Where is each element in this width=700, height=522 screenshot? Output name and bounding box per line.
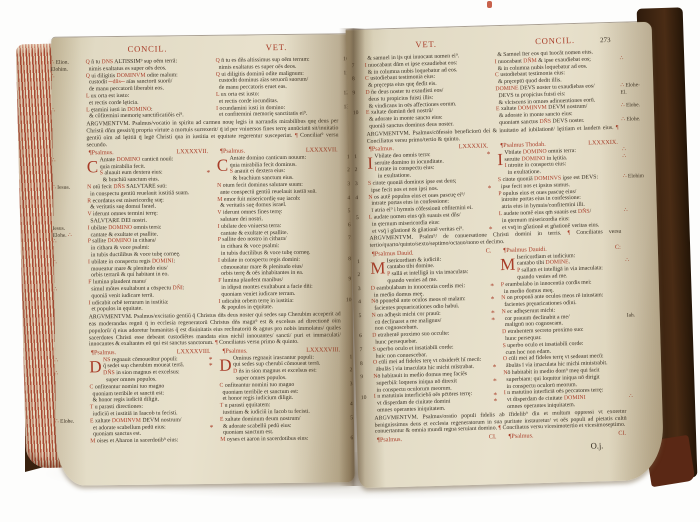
rubricated-text: I <box>218 298 220 304</box>
rubricated-text: L <box>369 215 372 221</box>
running-title-left: CONCIL. <box>85 45 209 58</box>
rubricated-text: N <box>501 295 505 301</box>
running-title-right: VET. <box>215 43 337 55</box>
rubricated-text: C <box>219 383 223 389</box>
verse-number: 6 <box>340 222 351 229</box>
rubricated-text: D <box>365 90 369 96</box>
verse-number: 7 <box>360 347 371 354</box>
rubricated-text: ¶ <box>215 340 218 346</box>
drop-cap: D <box>219 356 233 377</box>
rubricated-text: C <box>495 72 499 78</box>
rubricated-text: I <box>374 394 376 400</box>
text-column: IVbilate DOMINO omnis terra: seruite DOM… <box>497 147 621 232</box>
red-speck-mark <box>487 1 492 8</box>
rubricated-text: DÑS <box>103 370 115 376</box>
text-column: IVbilate deo omnis terra: seruite domino… <box>367 150 493 235</box>
margin-note: ∴ <box>51 73 87 80</box>
margin-note: ∴ <box>629 393 665 400</box>
rubricated-text: DÑS <box>539 119 551 125</box>
margin-note: ∴ <box>52 157 88 164</box>
margin-note: ∴ <box>53 286 89 293</box>
verse-number: 3 <box>341 381 352 388</box>
rubricated-text: DOMINVM <box>112 418 141 424</box>
left-page: CONCIL. VET. Q ñ tu DÑS ALTISSIM⁹ sup oē… <box>51 34 354 486</box>
verse-number: 3 <box>339 181 350 188</box>
variant-asterisk: * <box>209 362 213 370</box>
verse-number: 4 <box>358 299 369 306</box>
verse-block: IVbilate deo omnis terra: seruite domino… <box>367 147 621 236</box>
rubricated-text: C <box>365 76 369 82</box>
rubricated-text: N <box>371 299 375 305</box>
rubricated-text: F <box>88 280 91 286</box>
rubricated-text: N <box>368 194 372 200</box>
rubricated-text: DÑI <box>173 285 183 291</box>
rubricated-text: N <box>217 183 221 189</box>
drop-cap: I <box>367 154 375 175</box>
verse-number: 3 <box>355 181 366 188</box>
text-column: Q ñ tu es dñs altissimus sup oēm terram:… <box>216 56 339 119</box>
rubricated-text: DOMINVS <box>534 175 561 182</box>
rubricated-text: ∴ <box>623 174 627 180</box>
variant-asterisk: * <box>206 169 210 177</box>
rubricated-text: D <box>372 333 376 339</box>
rubricated-text: M <box>217 196 222 202</box>
margin-note: ∴ <box>622 152 658 159</box>
rubricated-text: I <box>505 163 507 169</box>
open-book: CONCIL. VET. Q ñ tu DÑS ALTISSIM⁹ sup oē… <box>0 0 700 522</box>
rubricated-text: E <box>220 417 224 423</box>
margin-note: ∴ <box>624 207 660 214</box>
rubricated-text: DOMINO <box>521 155 545 162</box>
verse-number: 2 <box>355 167 366 174</box>
argument-paragraph: ARGVMENTVM. Psalmus/excitatio gentiū q̄ … <box>89 312 341 349</box>
rubricated-text: D <box>502 329 506 335</box>
rubricated-text: F <box>218 278 221 284</box>
rubricated-text: O <box>373 360 377 366</box>
margin-note: ∴ Elohim <box>623 173 659 180</box>
rubricated-text: ∴ <box>51 107 55 113</box>
rubricated-text: S <box>502 343 505 349</box>
rubricated-text: L <box>86 93 89 99</box>
rubricated-text: P <box>517 268 520 274</box>
rubricated-text: ∴ <box>624 208 628 214</box>
rubricated-text: ∴ <box>54 357 58 363</box>
rubricated-text: ∴ <box>622 146 626 152</box>
verse-block: MIsericordiam & iudiciū: cantabo tibi do… <box>370 251 626 414</box>
variant-asterisk: * <box>487 150 491 158</box>
text-column: Q ñ tu DÑS ALTISSIM⁹ sup oēm terrā: nimi… <box>86 58 211 121</box>
rubricated-text: I <box>216 105 218 111</box>
rubricated-text: D <box>233 369 237 375</box>
margin-note: ∴ <box>619 55 655 62</box>
verse-number: 8 <box>340 256 351 263</box>
rubricated-text: R <box>87 198 91 204</box>
rubricated-text: DOMINVM <box>116 72 145 78</box>
rubricated-text: ¶ <box>498 426 501 432</box>
verse-number: 1 <box>357 258 368 265</box>
verse-number: 2 <box>339 168 350 175</box>
margin-note: Iesus. <box>53 225 89 232</box>
signature-mark: O.j. <box>375 441 627 455</box>
verse-number: 4 <box>355 195 366 202</box>
rubricated-text: Q <box>216 58 220 64</box>
rubricated-text: DOMINE <box>495 86 518 93</box>
verse-number: 1 <box>339 154 350 161</box>
rubricated-text: Q <box>216 71 220 77</box>
verse-number: 7 <box>340 236 351 243</box>
drop-cap: C <box>87 158 100 179</box>
margin-note: ∴ <box>625 257 661 264</box>
margin-note: ∴ Elion. <box>51 59 87 66</box>
rubricated-text: ∴ <box>51 60 55 66</box>
verse-number: 4 <box>342 401 353 408</box>
margin-note: Elohim. <box>51 66 87 73</box>
margin-note: ∴ <box>51 107 87 114</box>
drop-cap: M <box>500 255 517 276</box>
rubricated-text: S <box>498 177 501 183</box>
margin-note: ∴ Elohe. <box>621 116 657 123</box>
psalm-number: CI. <box>489 434 497 442</box>
verse-number: 2 <box>357 272 368 279</box>
argument-paragraph: ARGVMENTVM. Psalmus/vocatio in spiritu a… <box>86 119 338 149</box>
text-column: DOminus regnauit irascantur populi: qui … <box>219 354 342 444</box>
rubricated-text: ∴ <box>54 371 58 377</box>
rubricated-text: ∴ <box>629 394 633 400</box>
verse-block: Q ñ tu DÑS ALTISSIM⁹ sup oēm terrā: nimi… <box>86 56 339 120</box>
rubricated-text: DOMINI <box>564 395 586 402</box>
verse-number: 6 <box>359 333 370 340</box>
variant-asterisk: * <box>491 316 495 324</box>
rubricated-text: V <box>87 212 91 218</box>
rubricated-text: ∴ <box>625 258 629 264</box>
rubricated-text: M <box>220 437 225 443</box>
verse-number: 2 <box>341 367 352 374</box>
right-page: VET. CONCIL. 273 & samuel in ijs qui inu… <box>346 22 665 488</box>
verse-number: 9 <box>360 374 371 381</box>
rubricated-text: N <box>502 309 506 315</box>
drop-cap: C <box>217 156 230 177</box>
variant-asterisk: * <box>491 296 495 304</box>
rubricated-text: ¶ <box>295 133 298 139</box>
rubricated-text: ∴ <box>622 153 626 159</box>
rubricated-text: ∴ <box>52 158 56 164</box>
rubricated-text: ∴ <box>52 185 56 191</box>
rubricated-text: ∴ <box>51 73 55 79</box>
rubricated-text: DOMINO <box>107 238 131 244</box>
rubricated-text: DÑM <box>523 58 537 64</box>
rubricated-text: ÑS <box>103 357 110 363</box>
rubricated-text: ¶ <box>567 231 570 237</box>
rubricated-text: L <box>499 211 502 217</box>
verse-number: 5 <box>342 415 353 422</box>
margin-note: El. <box>620 89 656 96</box>
rubricated-text: DÑS <box>113 184 125 190</box>
rubricated-text: ∴ <box>619 55 623 61</box>
verse-number: 4 <box>339 195 350 202</box>
rubricated-text: I <box>495 59 497 65</box>
verse-number: 9 <box>352 90 363 97</box>
rubricated-text: DOMINE <box>545 260 568 267</box>
rubricated-text: M <box>90 439 95 445</box>
drop-cap: D <box>89 357 103 378</box>
rubricated-text: S <box>230 169 233 175</box>
running-title-left: VET. <box>364 39 488 53</box>
rubricated-text: ∴ <box>68 232 72 238</box>
rubricated-text: N <box>372 313 376 319</box>
rubricated-text: ∴ <box>53 260 57 266</box>
verse-number: 7 <box>352 63 363 70</box>
rubricated-text: O <box>503 356 507 362</box>
rubricated-text: S <box>373 347 376 353</box>
psalm-number: CI. <box>618 430 626 438</box>
rubricated-text: N <box>373 374 377 380</box>
rubricated-text: P <box>501 282 504 288</box>
verse-number: 5 <box>339 208 350 215</box>
rubricated-text: DÑS <box>578 209 590 215</box>
left-page-text: CONCIL. VET. Q ñ tu DÑS ALTISSIM⁹ sup oē… <box>85 43 342 445</box>
text-column: CAntate domino canticum nouum: quia mira… <box>217 154 341 312</box>
rubricated-text: S <box>368 181 371 187</box>
margin-note: ∴ <box>53 239 89 246</box>
margin-note: ∴ Elohe. <box>55 418 91 425</box>
folio-number: 273 <box>600 37 611 44</box>
rubricated-text: ─dñs─ <box>109 79 125 85</box>
rubricated-text: V <box>217 210 221 216</box>
rubricated-text: DOMINVM <box>518 105 547 112</box>
psalm-number: C. <box>486 247 492 255</box>
rubricated-text: C <box>90 384 94 390</box>
right-page-text: VET. CONCIL. 273 & samuel in ijs qui inu… <box>364 36 627 455</box>
verse-block: & samuel in ijs qui inuocant nomen ei⁹. … <box>364 49 618 131</box>
left-page-text-blocks: Q ñ tu DÑS ALTISSIM⁹ sup oēm terrā: nimi… <box>86 56 343 445</box>
rubricated-text: I <box>504 390 506 396</box>
rubricated-text: E <box>496 106 500 112</box>
rubricated-text: DOMINO <box>523 149 547 156</box>
verse-number: 10 <box>353 110 364 117</box>
rubricated-text: ∴ <box>55 419 59 425</box>
verse-number: 5 <box>359 313 370 320</box>
rubricated-text: P <box>498 191 501 197</box>
rubricated-text: DOMINO <box>116 157 140 163</box>
verse-number: 5 <box>356 215 367 222</box>
rubricated-text: ∴ <box>621 117 625 123</box>
rubricated-text: P <box>218 237 221 243</box>
verse-number: 3 <box>358 286 369 293</box>
psalm-label: ¶Psalmus. <box>508 433 533 441</box>
rubricated-text: E <box>366 110 370 116</box>
verse-number: 8 <box>352 76 363 83</box>
verse-number: 1 <box>354 154 365 161</box>
variant-asterisk: * <box>493 364 497 372</box>
margin-note: ∴ Elohe. <box>621 102 657 109</box>
right-page-text-blocks: & samuel in ijs qui inuocant nomen ei⁹. … <box>364 49 627 455</box>
variant-asterisk: * <box>489 225 493 233</box>
rubricated-text: T <box>220 403 224 409</box>
rubricated-text: D <box>371 285 375 291</box>
margin-note: Elohe. ∴ <box>53 232 89 239</box>
rubricated-text: DOMINI <box>152 258 174 264</box>
text-column: & Samuel īter eos qui īuocāt nomen eius.… <box>494 49 618 127</box>
rubricated-text: S <box>100 171 103 177</box>
variant-asterisk: * <box>490 282 494 290</box>
variant-asterisk: * <box>209 424 213 432</box>
rubricated-text: ∴ <box>53 239 57 245</box>
verse-number: 10 <box>361 394 372 401</box>
rubricated-text: ¶ <box>616 125 619 131</box>
drop-cap: M <box>370 258 387 279</box>
rubricated-text: DOMINO <box>127 106 151 112</box>
margin-note: ∴ <box>54 371 90 378</box>
rubricated-text: I <box>218 258 220 264</box>
rubricated-text: I <box>218 224 220 230</box>
verse-block: CAntate DOMINO canticū nouū: quia mirabi… <box>87 154 341 313</box>
text-column: MIsericordiam et iudicium: cantabo tibi … <box>500 251 626 411</box>
verse-number: 10 <box>340 297 351 304</box>
rubricated-text: I <box>375 167 377 173</box>
margin-note: ∴ <box>54 357 90 364</box>
text-column: DÑS regnauit cōmoueātur populi: q̄ sedet… <box>89 356 214 446</box>
text-column: MIsericordiam & iudiciū: cantabo tibi do… <box>370 255 498 415</box>
margin-note: Iah. <box>627 311 663 318</box>
rubricated-text: DOMINO <box>108 225 132 231</box>
rubricated-text: ∴ <box>621 103 625 109</box>
verse-number: 1 <box>341 354 352 361</box>
rubricated-text: N <box>503 370 507 376</box>
rubricated-text: L <box>216 92 219 98</box>
rubricated-text: DÑS <box>101 59 113 65</box>
psalm-label: ¶Psalmus. <box>377 436 402 444</box>
margin-note: ∴ Iesua. <box>52 184 88 191</box>
text-column: CAntate DOMINO canticū nouū: quia mirabi… <box>87 156 213 314</box>
verse-block: DÑS regnauit cōmoueātur populi: q̄ sedet… <box>89 354 342 445</box>
rubricated-text: I <box>88 300 90 306</box>
running-title-right: CONCIL. <box>494 36 616 50</box>
rubricated-text: P <box>387 271 390 277</box>
verse-number: 8 <box>360 360 371 367</box>
rubricated-text: I <box>365 63 367 69</box>
margin-note: ∴ <box>53 259 89 266</box>
verse-number: 9 <box>340 276 351 283</box>
variant-asterisk: * <box>493 377 497 385</box>
text-column: & samuel in ijs qui inuocant nomen ei⁹. … <box>364 52 490 130</box>
rubricated-text: ∴ <box>620 83 624 89</box>
drop-cap: I <box>497 150 505 171</box>
variant-asterisk: * <box>488 184 492 192</box>
variant-asterisk: * <box>493 398 497 406</box>
rubricated-text: ∴ <box>53 287 57 293</box>
verse-number: 6 <box>342 435 353 442</box>
rubricated-text: T <box>90 405 94 411</box>
page-header: CONCIL. VET. <box>85 43 337 57</box>
